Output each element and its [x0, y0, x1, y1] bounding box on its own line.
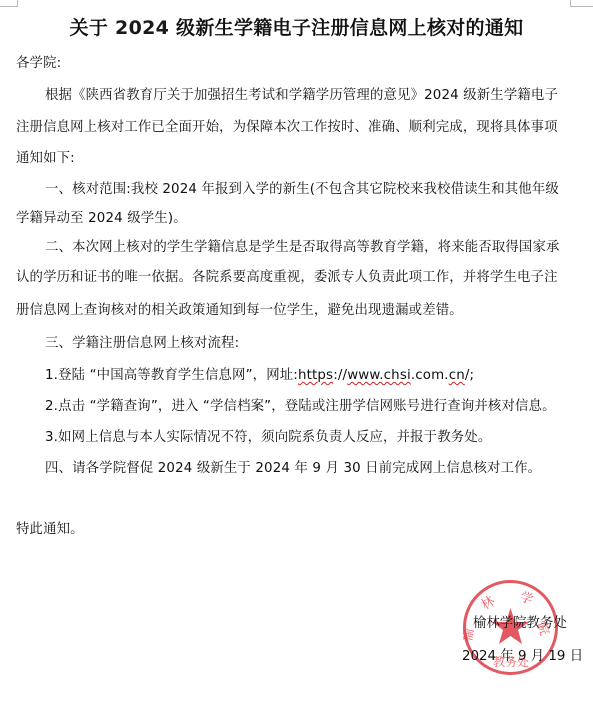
step1-text: 1.登陆 “中国高等教育学生信息网”，网址: — [45, 368, 298, 383]
salutation: 各学院: — [16, 54, 61, 74]
title-suffix: 级新生学籍电子注册信息网上核对的通知 — [169, 17, 523, 39]
section3-step-3: 3.如网上信息与本人实际情况不符，须向院系负责人反应，并报于教务处。 — [45, 428, 491, 448]
chsi-url-link[interactable]: https://www.chsi.com.cn/ — [298, 368, 470, 383]
section2-line-3: 册信息网上查询核对的相关政策通知到每一位学生，避免出现遗漏或差错。 — [16, 301, 463, 321]
section1-line-2: 学籍异动至 2024 级学生)。 — [16, 209, 187, 229]
crop-mark-top-left — [0, 0, 18, 7]
signature-date: 2024 年 9 月 19 日 — [462, 647, 583, 667]
url-part-sep: :// — [333, 368, 347, 383]
url-part-tld: cn — [449, 368, 465, 383]
section4: 四、请各学院督促 2024 级新生于 2024 年 9 月 30 日前完成网上信… — [45, 459, 541, 479]
closing: 特此通知。 — [16, 520, 84, 540]
section3-step-2: 2.点击 “学籍查询”，进入 “学信档案”，登陆或注册学信网账号进行查询并核对信… — [45, 397, 556, 417]
url-part-domain: .com. — [411, 368, 449, 383]
section3-heading: 三、学籍注册信息网上核对流程: — [45, 334, 239, 354]
section2-line-2: 认的学历和证书的唯一依据。各院系要高度重视，委派专人负责此项工作，并将学生电子注 — [16, 268, 558, 288]
step1-tail: ; — [470, 368, 475, 383]
url-part-protocol: https — [298, 368, 333, 383]
svg-text:林: 林 — [478, 593, 498, 614]
intro-line-3: 通知如下: — [16, 149, 75, 169]
signature-office: 榆林学院教务处 — [473, 614, 567, 634]
svg-text:学: 学 — [518, 590, 535, 609]
intro-line-2: 注册信息网上核对工作已全面开始，为保障本次工作按时、准确、顺利完成，现将具体事项 — [16, 118, 558, 138]
document-title: 关于 2024 级新生学籍电子注册信息网上核对的通知 — [0, 14, 593, 42]
intro-line-1: 根据《陕西省教育厅关于加强招生考试和学籍学历管理的意见》2024 级新生学籍电子 — [45, 86, 558, 106]
section2-line-1: 二、本次网上核对的学生学籍信息是学生是否取得高等教育学籍，将来能否取得国家承 — [45, 238, 560, 258]
title-prefix: 关于 — [70, 17, 116, 39]
url-part-host: www.chsi — [347, 368, 411, 383]
section1-line-1: 一、核对范围:我校 2024 年报到入学的新生(不包含其它院校来我校借读生和其他… — [45, 180, 559, 200]
title-year: 2024 — [115, 17, 169, 39]
crop-mark-top-right — [570, 0, 593, 7]
section3-step-1: 1.登陆 “中国高等教育学生信息网”，网址:https://www.chsi.c… — [45, 366, 474, 386]
